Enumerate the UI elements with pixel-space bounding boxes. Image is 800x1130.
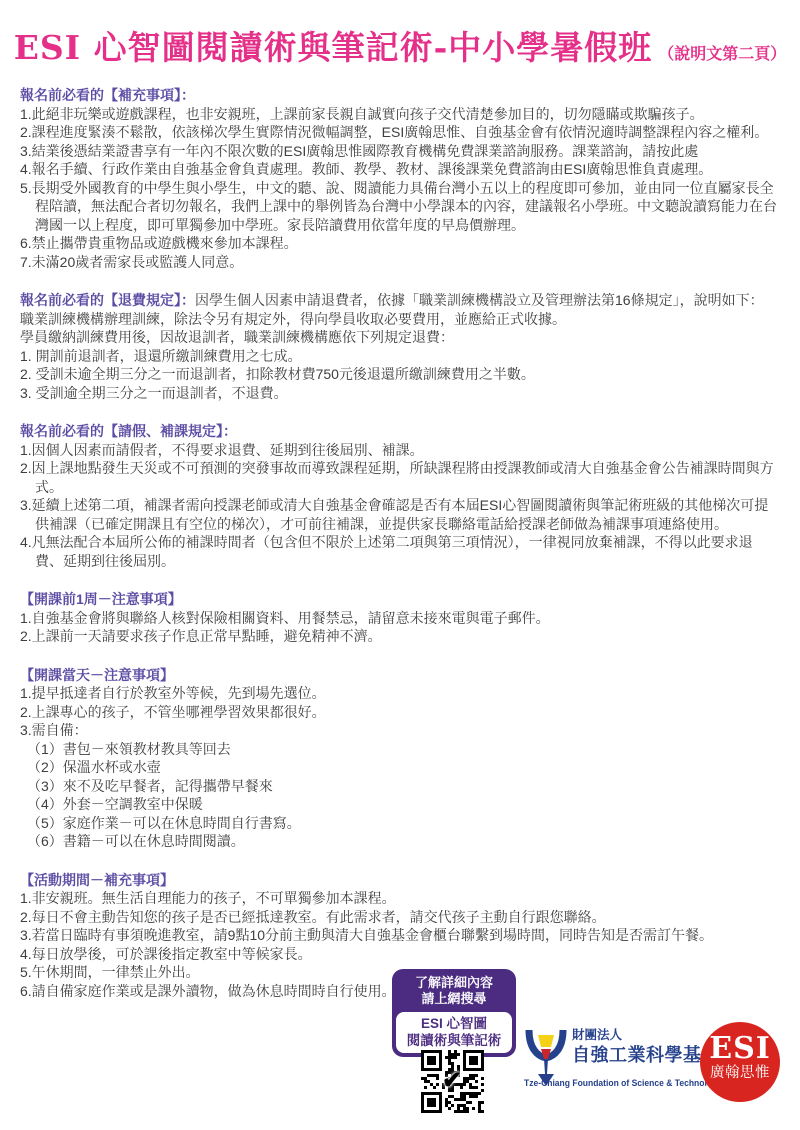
list-item: 5.午休期間，一律禁止外出。 [20, 963, 778, 982]
list-item: 3. 受訓逾全期三分之一而退訓者，不退費。 [20, 384, 778, 403]
foundation-line2: 自強工業科學基金會 [572, 1043, 739, 1067]
list-item: 1.提早抵達者自行於教室外等候，先到場先選位。 [20, 684, 778, 703]
section-6: 【活動期間－補充事項】1.非安親班。無生活自理能力的孩子，不可單獨參加本課程。2… [20, 871, 778, 1001]
chalice-icon [524, 1028, 568, 1090]
list-item: 3.若當日臨時有事須晚進教室，請9點10分前主動與清大自強基金會櫃台聯繫到場時間… [20, 926, 778, 945]
list-item: 3.結業後憑結業證書享有一年內不限次數的ESI廣翰思惟國際教育機構免費課業諮詢服… [20, 142, 778, 161]
page-title-text: ESI 心智圖閱讀術與筆記術-中小學暑假班 [14, 28, 653, 67]
list-item: 4.凡無法配合本屆所公佈的補課時間者（包含但不限於上述第二項與第三項情況），一律… [20, 533, 778, 570]
section-heading: 報名前必看的【補充事項】： [20, 86, 778, 105]
section-1: 報名前必看的【補充事項】：1.此絕非玩樂或遊戲課程，也非安親班，上課前家長親自誠… [20, 86, 778, 271]
section-heading-label: 報名前必看的【退費規定】： [20, 292, 195, 308]
esi-logo-text: ESI [700, 1033, 780, 1065]
list-item: 4.每日放學後，可於課後指定教室中等候家長。 [20, 945, 778, 964]
search-keyword-box: ESI 心智圖 閱讀術與筆記術 [396, 1012, 512, 1053]
list-item: （2）保溫水杯或水壺 [20, 758, 778, 777]
list-item: 4.報名手續、行政作業由自強基金會負責處理。教師、教學、教材、課後課業免費諮詢由… [20, 160, 778, 179]
tze-chiang-foundation-logo: 財團法人 自強工業科學基金會 Tze-Chiang Foundation of … [524, 1026, 709, 1096]
sections-container: 報名前必看的【補充事項】：1.此絕非玩樂或遊戲課程，也非安親班，上課前家長親自誠… [0, 74, 800, 1000]
section-heading: 報名前必看的【退費規定】：因學生個人因素申請退費者，依據「職業訓練機構設立及管理… [20, 291, 778, 310]
section-heading: 報名前必看的【請假、補課規定】： [20, 422, 778, 441]
page-title: ESI 心智圖閱讀術與筆記術-中小學暑假班（說明文第二頁） [0, 0, 800, 74]
section-heading-label: 報名前必看的【補充事項】： [20, 87, 195, 103]
search-keyword-line1: ESI 心智圖 [397, 1016, 511, 1033]
list-item: （6）書籍－可以在休息時間閱讀。 [20, 832, 778, 851]
list-item: 2.每日不會主動告知您的孩子是否已經抵達教室。有此需求者，請交代孩子主動自行跟您… [20, 908, 778, 927]
list-item: 2.因上課地點發生天災或不可預測的突發事故而導致課程延期，所缺課程將由授課教師或… [20, 459, 778, 496]
section-heading: 【開課前1周－注意事項】 [20, 590, 778, 609]
list-item: 1.非安親班。無生活自理能力的孩子，不可單獨參加本課程。 [20, 889, 778, 908]
list-item: 5.長期受外國教育的中學生與小學生，中文的聽、說、閱讀能力具備台灣小五以上的程度… [20, 179, 778, 235]
list-item: 2.上課前一天請要求孩子作息正常早點睡，避免精神不濟。 [20, 627, 778, 646]
foundation-english-name: Tze-Chiang Foundation of Science & Techn… [524, 1078, 703, 1088]
flyer-page: ESI 心智圖閱讀術與筆記術-中小學暑假班（說明文第二頁） 報名前必看的【補充事… [0, 0, 800, 1130]
section-2: 報名前必看的【退費規定】：因學生個人因素申請退費者，依據「職業訓練機構設立及管理… [20, 291, 778, 402]
list-item: 6.禁止攜帶貴重物品或遊戲機來參加本課程。 [20, 234, 778, 253]
section-heading-label: 報名前必看的【請假、補課規定】： [20, 423, 237, 439]
list-item: 學員繳納訓練費用後，因故退訓者，職業訓練機構應依下列規定退費： [20, 328, 778, 347]
esi-logo: ESI 廣翰思惟 [700, 1022, 780, 1102]
esi-logo-subtext: 廣翰思惟 [700, 1065, 780, 1081]
section-heading: 【活動期間－補充事項】 [20, 871, 778, 890]
section-heading: 【開課當天－注意事項】 [20, 666, 778, 685]
section-3: 報名前必看的【請假、補課規定】：1.因個人因素而請假者，不得要求退費、延期到往後… [20, 422, 778, 570]
search-keyword-line2: 閱讀術與筆記術 [397, 1033, 511, 1050]
list-item: 2.課程進度緊湊不鬆散，依該梯次學生實際情況微幅調整，ESI廣翰思惟、自強基金會… [20, 123, 778, 142]
list-item: 1.此絕非玩樂或遊戲課程，也非安親班，上課前家長親自誠實向孩子交代清楚參加目的，… [20, 105, 778, 124]
section-4: 【開課前1周－注意事項】1.自強基金會將與聯絡人核對保險相關資料、用餐禁忌，請留… [20, 590, 778, 646]
page-title-suffix: （說明文第二頁） [658, 44, 786, 63]
list-item: （5）家庭作業－可以在休息時間自行書寫。 [20, 814, 778, 833]
list-item: 職業訓練機構辦理訓練，除法令另有規定外，得向學員收取必要費用，並應給正式收據。 [20, 310, 778, 329]
foundation-cn-text: 財團法人 自強工業科學基金會 [572, 1028, 739, 1067]
qr-code-icon: ✔ [421, 1050, 484, 1113]
list-item: （1）書包－來領教材教具等回去 [20, 740, 778, 759]
section-heading-label: 【開課當天－注意事項】 [20, 667, 174, 683]
list-item: 6.請自備家庭作業或是課外讀物，做為休息時間時自行使用。 [20, 982, 778, 1001]
check-icon: ✔ [442, 1069, 462, 1093]
list-item: 2.上課專心的孩子，不管坐哪裡學習效果都很好。 [20, 703, 778, 722]
foundation-line1: 財團法人 [572, 1028, 739, 1043]
list-item: 3.延續上述第二項，補課者需向授課老師或清大自強基金會確認是否有本屆ESI心智圖… [20, 496, 778, 533]
list-item: 1. 開訓前退訓者，退還所繳訓練費用之七成。 [20, 347, 778, 366]
section-heading-label: 【開課前1周－注意事項】 [20, 591, 182, 607]
list-item: （4）外套－空調教室中保暖 [20, 795, 778, 814]
list-item: 1.因個人因素而請假者，不得要求退費、延期到往後屆別、補課。 [20, 441, 778, 460]
list-item: 1.自強基金會將與聯絡人核對保險相關資料、用餐禁忌，請留意未接來電與電子郵件。 [20, 609, 778, 628]
section-heading-label: 【活動期間－補充事項】 [20, 872, 174, 888]
section-5: 【開課當天－注意事項】1.提早抵達者自行於教室外等候，先到場先選位。2.上課專心… [20, 666, 778, 851]
list-item: 7.未滿20歲者需家長或監護人同意。 [20, 253, 778, 272]
section-heading-inline-text: 因學生個人因素申請退費者，依據「職業訓練機構設立及管理辦法第16條規定」，說明如… [195, 292, 764, 308]
list-item: 2. 受訓未逾全期三分之一而退訓者，扣除教材費750元後退還所繳訓練費用之半數。 [20, 365, 778, 384]
list-item: （3）來不及吃早餐者，記得攜帶早餐來 [20, 777, 778, 796]
list-item: 3.需自備： [20, 721, 778, 740]
